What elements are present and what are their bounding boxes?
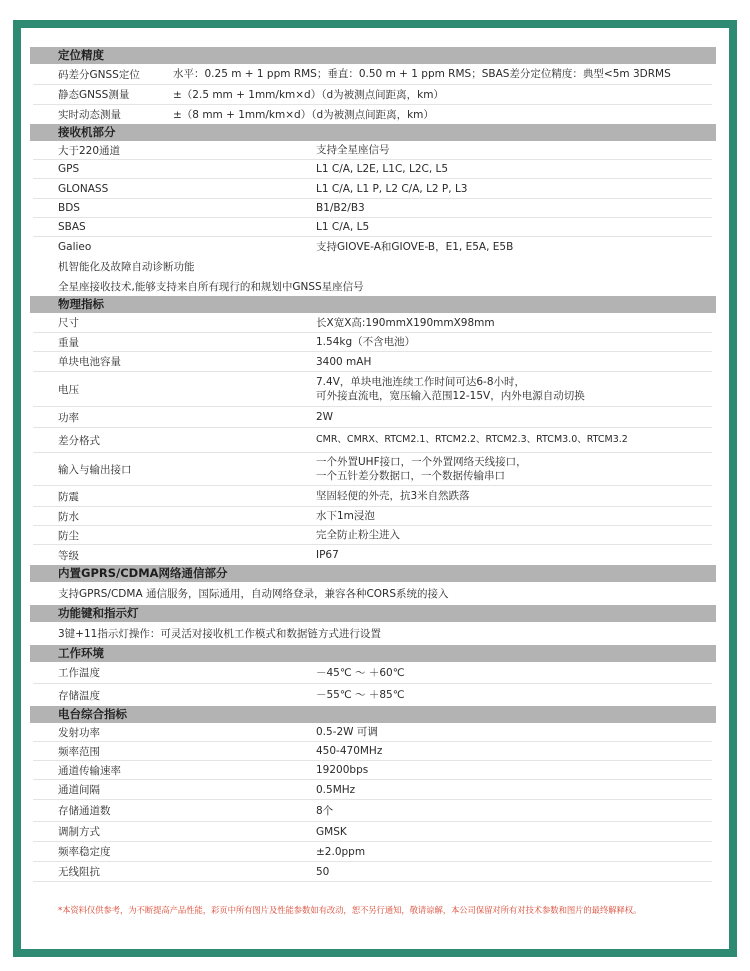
spec-row: 存储温度 －55℃ ～ ＋85℃ (33, 684, 712, 706)
spec-label: 调制方式 (33, 824, 316, 839)
spec-value: 3400 mAH (316, 355, 712, 369)
spec-value: 50 (316, 865, 712, 879)
spec-label: 差分格式 (33, 433, 316, 448)
spec-value: 支持全星座信号 (316, 143, 712, 157)
spec-row: 通道传输速率 19200bps (33, 761, 712, 780)
spec-value: GMSK (316, 825, 712, 839)
spec-label: 通道间隔 (33, 782, 316, 797)
section-header-radio: 电台综合指标 (30, 706, 716, 723)
spec-value: IP67 (316, 548, 712, 562)
spec-label: 频率范围 (33, 744, 316, 759)
spec-value: 450-470MHz (316, 744, 712, 758)
spec-value: 8个 (316, 804, 712, 818)
feature-text: 机智能化及故障自动诊断功能 (33, 259, 195, 274)
feature-line: 支持GPRS/CDMA 通信服务，国际通用，自动网络登录，兼容各种CORS系统的… (33, 582, 712, 605)
spec-label: 无线阻抗 (33, 864, 316, 879)
spec-row: 工作温度 －45℃ ～ ＋60℃ (33, 662, 712, 684)
spec-value: CMR、CMRX、RTCM2.1、RTCM2.2、RTCM2.3、RTCM3.0… (316, 433, 712, 447)
spec-row: 码差分GNSS定位 水平：0.25 m + 1 ppm RMS；垂直：0.50 … (33, 64, 712, 85)
spec-value: ±（2.5 mm + 1mm/km×d）（d为被测点间距离，km） (173, 88, 712, 102)
spec-value: 水平：0.25 m + 1 ppm RMS；垂直：0.50 m + 1 ppm … (173, 67, 712, 81)
spec-label: 防震 (33, 489, 316, 504)
spec-row: 存储通道数 8个 (33, 800, 712, 822)
spec-row: 差分格式 CMR、CMRX、RTCM2.1、RTCM2.2、RTCM2.3、RT… (33, 428, 712, 453)
spec-row: 频率范围 450-470MHz (33, 742, 712, 761)
spec-label: 存储温度 (33, 688, 316, 703)
section-header-keys: 功能键和指示灯 (30, 605, 716, 622)
spec-row: 无线阻抗 50 (33, 862, 712, 882)
spec-label: 码差分GNSS定位 (33, 67, 173, 82)
spec-label: GLONASS (33, 183, 316, 195)
spec-row: 单块电池容量 3400 mAH (33, 352, 712, 372)
spec-label: 单块电池容量 (33, 354, 316, 369)
section-header-network: 内置GPRS/CDMA网络通信部分 (30, 565, 716, 582)
spec-label: BDS (33, 202, 316, 214)
feature-line: 机智能化及故障自动诊断功能 (33, 257, 712, 276)
spec-label: 工作温度 (33, 665, 316, 680)
spec-label: 发射功率 (33, 725, 316, 740)
spec-value: 2W (316, 410, 712, 424)
spec-label: GPS (33, 163, 316, 175)
spec-label: 通道传输速率 (33, 763, 316, 778)
spec-label: 频率稳定度 (33, 844, 316, 859)
spec-row: 功率 2W (33, 407, 712, 428)
spec-row: 通道间隔 0.5MHz (33, 780, 712, 800)
spec-label: 防尘 (33, 528, 316, 543)
spec-value: 水下1m浸泡 (316, 509, 712, 523)
spec-label: 输入与输出接口 (33, 462, 316, 477)
spec-value: 19200bps (316, 763, 712, 777)
spec-row: 频率稳定度 ±2.0ppm (33, 842, 712, 862)
feature-text: 3键+11指示灯操作：可灵活对接收机工作模式和数据链方式进行设置 (33, 626, 381, 641)
spec-row: 发射功率 0.5-2W 可调 (33, 723, 712, 742)
spec-value: 完全防止粉尘进入 (316, 528, 712, 542)
spec-label: 等级 (33, 548, 316, 563)
feature-text: 全星座接收技术,能够支持来自所有现行的和规划中GNSS星座信号 (33, 279, 364, 294)
feature-line: 3键+11指示灯操作：可灵活对接收机工作模式和数据链方式进行设置 (33, 622, 712, 645)
section-header-physical: 物理指标 (30, 296, 716, 313)
feature-text: 支持GPRS/CDMA 通信服务，国际通用，自动网络登录，兼容各种CORS系统的… (33, 586, 449, 601)
spec-value: L1 C/A, L2E, L1C, L2C, L5 (316, 162, 712, 176)
spec-value: ±2.0ppm (316, 845, 712, 859)
spec-value: 0.5-2W 可调 (316, 725, 712, 739)
spec-value: 坚固轻便的外壳，抗3米自然跌落 (316, 489, 712, 503)
spec-label: 重量 (33, 335, 316, 350)
spec-value: 长X宽X高:190mmX190mmX98mm (316, 316, 712, 330)
section-header-environment: 工作环境 (30, 645, 716, 662)
spec-row: 重量 1.54kg（不含电池） (33, 333, 712, 352)
spec-value: －45℃ ～ ＋60℃ (316, 666, 712, 680)
spec-value: 支持GIOVE-A和GIOVE-B，E1, E5A, E5B (316, 240, 712, 254)
spec-row: SBAS L1 C/A, L5 (33, 218, 712, 237)
spec-label: Galieo (33, 241, 316, 253)
spec-row: Galieo 支持GIOVE-A和GIOVE-B，E1, E5A, E5B (33, 237, 712, 257)
spec-row: 防尘 完全防止粉尘进入 (33, 526, 712, 545)
spec-value: ±（8 mm + 1mm/km×d）（d为被测点间距离，km） (173, 108, 712, 122)
spec-value: 一个外置UHF接口，一个外置网络天线接口， 一个五针差分数据口，一个数据传输串口 (316, 455, 712, 483)
spec-row: 大于220通道 支持全星座信号 (33, 141, 712, 160)
spec-row: 电压 7.4V，单块电池连续工作时间可达6-8小时， 可外接直流电，宽压输入范围… (33, 372, 712, 407)
spec-row: 输入与输出接口 一个外置UHF接口，一个外置网络天线接口， 一个五针差分数据口，… (33, 453, 712, 486)
spec-row: 实时动态测量 ±（8 mm + 1mm/km×d）（d为被测点间距离，km） (33, 105, 712, 124)
spec-label: 大于220通道 (33, 143, 316, 158)
spec-label: 功率 (33, 410, 316, 425)
spec-row: BDS B1/B2/B3 (33, 199, 712, 218)
spec-label: 实时动态测量 (33, 107, 173, 122)
spec-label: 存储通道数 (33, 803, 316, 818)
spec-label: 电压 (33, 382, 316, 397)
disclaimer-note: *本资料仅供参考，为不断提高产品性能，彩页中所有图片及性能参数如有改动，恕不另行… (58, 904, 641, 916)
spec-row: 等级 IP67 (33, 545, 712, 565)
spec-sheet: 定位精度 码差分GNSS定位 水平：0.25 m + 1 ppm RMS；垂直：… (30, 47, 716, 882)
feature-line: 全星座接收技术,能够支持来自所有现行的和规划中GNSS星座信号 (33, 276, 712, 296)
spec-row: GPS L1 C/A, L2E, L1C, L2C, L5 (33, 160, 712, 179)
spec-value: 1.54kg（不含电池） (316, 335, 712, 349)
spec-row: 静态GNSS测量 ±（2.5 mm + 1mm/km×d）（d为被测点间距离，k… (33, 85, 712, 105)
spec-value: L1 C/A, L5 (316, 220, 712, 234)
spec-row: 防震 坚固轻便的外壳，抗3米自然跌落 (33, 486, 712, 507)
spec-label: 防水 (33, 509, 316, 524)
spec-row: 防水 水下1m浸泡 (33, 507, 712, 526)
spec-row: GLONASS L1 C/A, L1 P, L2 C/A, L2 P, L3 (33, 179, 712, 199)
spec-label: SBAS (33, 221, 316, 233)
spec-label: 尺寸 (33, 315, 316, 330)
spec-row: 调制方式 GMSK (33, 822, 712, 842)
spec-value: －55℃ ～ ＋85℃ (316, 688, 712, 702)
spec-value: B1/B2/B3 (316, 201, 712, 215)
spec-row: 尺寸 长X宽X高:190mmX190mmX98mm (33, 313, 712, 333)
spec-value: L1 C/A, L1 P, L2 C/A, L2 P, L3 (316, 182, 712, 196)
section-header-receiver: 接收机部分 (30, 124, 716, 141)
section-header-positioning: 定位精度 (30, 47, 716, 64)
spec-value: 7.4V，单块电池连续工作时间可达6-8小时， 可外接直流电，宽压输入范围12-… (316, 375, 712, 403)
spec-value: 0.5MHz (316, 783, 712, 797)
spec-label: 静态GNSS测量 (33, 87, 173, 102)
